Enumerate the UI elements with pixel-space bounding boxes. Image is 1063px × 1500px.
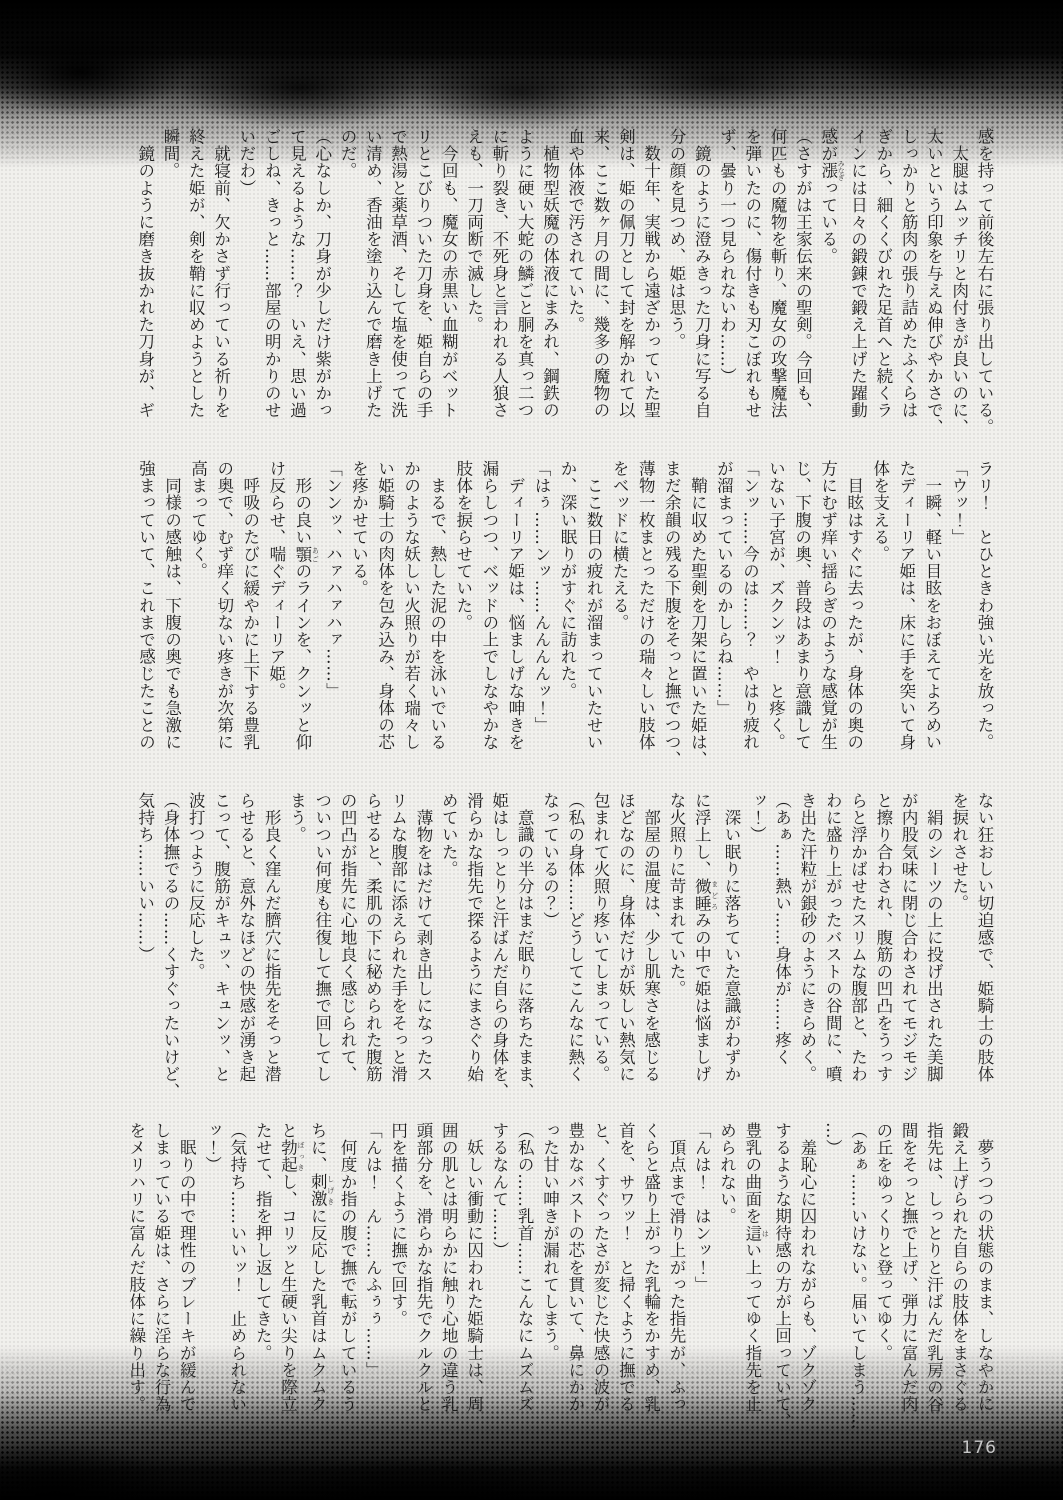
text-column: 感が漲みなぎっている。 — [815, 128, 845, 444]
text-column: 頭部分を、滑らかな指先でクルクルと — [411, 1122, 436, 1438]
text-column: の凹凸が指先に心地良く感じられて、 — [335, 792, 360, 1108]
text-column: ず、曇り一つ見られないわ……） — [714, 128, 739, 444]
text-column: ッ！） — [199, 1122, 224, 1438]
text-column: を捩れさせた。 — [946, 792, 971, 1108]
text-column: （あぁ……いけない。届いてしまう…… — [845, 1122, 870, 1438]
text-band-3: ない狂おしい切迫感で、姫騎士の肢体を捩れさせた。 絹のシーツの上に投げ出された美… — [137, 792, 997, 1108]
text-column: ラリ！ とひときわ強い光を放った。 — [971, 460, 997, 776]
text-column: 数十年、実戦から遠ざかっていた聖 — [638, 128, 663, 444]
text-column: で熱湯と薬草酒、そして塩を使って洗 — [385, 128, 410, 444]
text-column: 瞬間。 — [158, 128, 183, 444]
text-column: 鏡のように澄みきった刀身に写る自 — [689, 128, 714, 444]
text-column: （私の身体……どうしてこんなに熱く — [562, 792, 587, 1108]
text-column: 「はぅ……ンッ……んんんんッ！」 — [528, 460, 554, 776]
text-column: 包まれて火照り疼いてしまっている。 — [588, 792, 613, 1108]
text-column: 血や体液で汚されていた。 — [562, 128, 587, 444]
text-column: まう。 — [284, 792, 309, 1108]
text-column: （私の……乳首……こんなにムズムズ — [512, 1122, 537, 1438]
text-column: リムな腹部に添えられた手をそっと滑 — [385, 792, 410, 1108]
text-column: 姫はしっとりと汗ばんだ自らの身体を、 — [487, 792, 512, 1108]
text-column: 波打つように反応した。 — [183, 792, 208, 1108]
text-column: の奥で、むず痒く切ない疼きが次第に — [211, 460, 237, 776]
text-column: 太いという印象を与えぬ伸びやかさで、 — [921, 128, 946, 444]
text-column: と、くすぐったさが変じた快感の波が — [588, 1122, 613, 1438]
text-column: か、深い眠りがすぐに訪れた。 — [554, 460, 580, 776]
text-column: て見えるような……？ いえ、思い過 — [284, 128, 309, 444]
text-column: な火照りに苛まれていた。 — [664, 792, 689, 1108]
text-column: 豊かなバストの芯を貫いて、鼻にかか — [562, 1122, 587, 1438]
text-column: いない子宮が、ズクンッ！ と疼く。 — [762, 460, 788, 776]
text-column: と擦り合わされ、腹筋の凹凸をうっす — [871, 792, 896, 1108]
text-column: と勃起ぼっきし、コリッと生硬い尖りを際立 — [275, 1122, 305, 1438]
text-column: インには日々の鍛錬で鍛え上げた躍動 — [845, 128, 870, 444]
text-column: められない。 — [714, 1122, 739, 1438]
text-column: 形良く窪んだ臍穴に指先をそっと潜 — [259, 792, 284, 1108]
text-column: 囲の肌とは明らかに触り心地の違う乳 — [436, 1122, 461, 1438]
text-column: ほどなのに、身体だけが妖しい熱気に — [613, 792, 638, 1108]
text-column: らと浮かばせたスリムな腹部と、たわ — [845, 792, 870, 1108]
text-column: じ、下腹の奥、普段はあまり意識して — [789, 460, 815, 776]
text-column: 植物型妖魔の体液にまみれ、鋼鉄の — [537, 128, 562, 444]
text-column: 方にむず痒い揺らぎのような感覚が生 — [815, 460, 841, 776]
text-column: を疼かせている。 — [345, 460, 371, 776]
text-column: リとこびりついた刀身を、姫自らの手 — [411, 128, 436, 444]
text-column: 分の顔を見つめ、姫は思う。 — [664, 128, 689, 444]
text-column: 指先は、しっとりと汗ばんだ乳房の谷 — [921, 1122, 946, 1438]
text-column: 頂点まで滑り上がった指先が、ふっ — [664, 1122, 689, 1438]
text-band-4: 夢うつつの状態のまま、しなやかに鍛え上げられた自らの肢体をまさぐる指先は、しっと… — [137, 1122, 997, 1438]
text-column: （身体撫でるの……くすぐったいけど、 — [158, 792, 183, 1108]
text-column: 首を、サワッ！ と掃くように撫でる — [613, 1122, 638, 1438]
text-column: 間をそっと撫で上げ、弾力に富んだ肉 — [896, 1122, 921, 1438]
text-column: け反らせ、喘ぐディーリア姫。 — [263, 460, 289, 776]
text-column: 肢体を捩らせていた。 — [450, 460, 476, 776]
text-column: わに盛り上がったバストの谷間に、噴 — [820, 792, 845, 1108]
text-column: かのような妖しい火照りが若く瑞々し — [398, 460, 424, 776]
text-column: （あぁ……熱い……身体が……疼く — [769, 792, 794, 1108]
text-column: しっかりと筋肉の張り詰めたふくらは — [896, 128, 921, 444]
text-band-1: 感を持って前後左右に張り出している。 太腿はムッチリと肉付きが良いのに、太いとい… — [137, 128, 997, 444]
text-column: まるで、熱した泥の中を泳いでいる — [424, 460, 450, 776]
text-column: …） — [820, 1122, 845, 1438]
text-column: まだ余韻の残る下腹をそっと撫でつつ、 — [658, 460, 684, 776]
text-column: き出た汗粒が銀砂のようにきらめく。 — [795, 792, 820, 1108]
text-column: 漏らしつつ、ベッドの上でしなやかな — [476, 460, 502, 776]
text-column: めていた。 — [436, 792, 461, 1108]
text-column: を弾いたのに、傷付きも刃こぼれもせ — [740, 128, 765, 444]
text-column: ッ！） — [744, 792, 769, 1108]
text-area: 感を持って前後左右に張り出している。 太腿はムッチリと肉付きが良いのに、太いとい… — [0, 0, 1063, 1500]
text-column: 絹のシーツの上に投げ出された美脚 — [921, 792, 946, 1108]
text-column: 意識の半分はまだ眠りに落ちたまま、 — [512, 792, 537, 1108]
text-column: いだわ） — [234, 128, 259, 444]
text-column: い清め、香油を塗り込んで磨き上げた — [360, 128, 385, 444]
text-column: 来、ここ数ヶ月の間に、幾多の魔物の — [588, 128, 613, 444]
text-column: 体を支える。 — [867, 460, 893, 776]
text-column: 「ンッ……今のは……？ やはり疲れ — [736, 460, 762, 776]
text-column: 羞恥心に囚われながらも、ゾクゾク — [795, 1122, 820, 1438]
text-column: をメリハリに富んだ肢体に繰り出す。 — [123, 1122, 148, 1438]
text-column: ディーリア姫は、悩ましげな呻きを — [502, 460, 528, 776]
text-column: ちに、刺激しげきに反応した乳首はムクムク — [305, 1122, 335, 1438]
text-column: たディーリア姫は、床に手を突いて身 — [893, 460, 919, 776]
text-column: が溜まっているのかしらね……」 — [710, 460, 736, 776]
text-column: 鏡のように磨き抜かれた刀身が、ギ — [132, 128, 157, 444]
text-column: するような期待感の方が上回っていて、 — [769, 1122, 794, 1438]
text-column: 何匹もの魔物を斬り、魔女の攻撃魔法 — [765, 128, 790, 444]
text-column: らせると、柔肌の下に秘められた腹筋 — [360, 792, 385, 1108]
text-column: 「ンンッ、ハァハァハァ……」 — [319, 460, 345, 776]
text-column: くらと盛り上がった乳輪をかすめ、乳 — [638, 1122, 663, 1438]
text-column: が内股気味に閉じ合わされてモジモジ — [896, 792, 921, 1108]
text-column: 何度か指の腹で撫で転がしているう — [335, 1122, 360, 1438]
text-column: なっているの？） — [537, 792, 562, 1108]
text-column: 「ウッ！」 — [945, 460, 971, 776]
text-column: のだ。 — [335, 128, 360, 444]
text-column: い姫騎士の肉体を包み込み、身体の芯 — [372, 460, 398, 776]
text-column: らせると、意外なほどの快感が湧き起 — [234, 792, 259, 1108]
text-column: 太腿はムッチリと肉付きが良いのに、 — [946, 128, 971, 444]
text-column: 今回も、魔女の赤黒い血糊がベット — [436, 128, 461, 444]
text-column: の丘をゆっくりと登ってゆく。 — [871, 1122, 896, 1438]
text-column: 強まっていて、これまで感じたことの — [132, 460, 158, 776]
text-column: 剣は、姫の佩刀として封を解かれて以 — [613, 128, 638, 444]
text-column: 形の良い顎あごのラインを、クンッと仰 — [289, 460, 320, 776]
text-column: に斬り裂き、不死身と言われる人狼さ — [487, 128, 512, 444]
text-column: 妖しい衝動に囚われた姫騎士は、周 — [461, 1122, 486, 1438]
text-column: ように硬い大蛇の鱗ごと胴を真っ二つ — [512, 128, 537, 444]
text-column: 円を描くように撫で回す。 — [385, 1122, 410, 1438]
page-number: 176 — [962, 1438, 997, 1458]
text-column: 豊乳の曲面を這はい上ってゆく指先を止 — [740, 1122, 770, 1438]
text-column: 「んは！ ん……んふぅぅ……」 — [360, 1122, 385, 1438]
text-column: 呼吸のたびに緩やかに上下する豊乳 — [237, 460, 263, 776]
text-column: ついつい何度も往復して撫で回してし — [309, 792, 334, 1108]
text-column: 高まってゆく。 — [185, 460, 211, 776]
text-column: えも、一刀両断で滅した。 — [461, 128, 486, 444]
text-column: 気持ち……いい……） — [132, 792, 157, 1108]
text-column: ここ数日の疲れが溜まっていたせい — [580, 460, 606, 776]
text-column: 一瞬、軽い目眩をおぼえてよろめい — [919, 460, 945, 776]
text-column: 目眩はすぐに去ったが、身体の奥の — [841, 460, 867, 776]
text-column: 深い眠りに落ちていた意識がわずか — [719, 792, 744, 1108]
text-column: 薄物をはだけて剥き出しになったス — [411, 792, 436, 1108]
text-column: 同様の感触は、下腹の奥でも急激に — [159, 460, 185, 776]
text-column: 就寝前、欠かさず行っている祈りを — [208, 128, 233, 444]
text-column: 終えた姫が、剣を鞘に収めようとした — [183, 128, 208, 444]
text-column: 「んは！ はンッ！」 — [689, 1122, 714, 1438]
text-column: （心なしか、刀身が少しだけ紫がかっ — [309, 128, 334, 444]
text-column: 部屋の温度は、少し肌寒さを感じる — [638, 792, 663, 1108]
text-column: 眠りの中で理性のブレーキが緩んで — [174, 1122, 199, 1438]
text-column: 滑らかな指先で探るようにまさぐり始 — [461, 792, 486, 1108]
text-band-2: ラリ！ とひときわ強い光を放った。「ウッ！」 一瞬、軽い目眩をおぼえてよろめいた… — [137, 460, 997, 776]
text-column: った甘い呻きが漏れてしまう。 — [537, 1122, 562, 1438]
text-column: するなんて……） — [487, 1122, 512, 1438]
text-column: をベッドに横たえる。 — [606, 460, 632, 776]
text-column: こって、腹筋がキュッ、キュンッ、と — [208, 792, 233, 1108]
text-column: （さすがは王家伝来の聖剣。今回も、 — [790, 128, 815, 444]
text-column: 鞘に収めた聖剣を刀架に置いた姫は、 — [684, 460, 710, 776]
text-column: 薄物一枚まとっただけの瑞々しい肢体 — [632, 460, 658, 776]
text-column: 感を持って前後左右に張り出している。 — [972, 128, 997, 444]
text-column: ごしね、きっと……部屋の明かりのせ — [259, 128, 284, 444]
text-column: たせて、指を押し返してきた。 — [250, 1122, 275, 1438]
text-column: ない狂おしい切迫感で、姫騎士の肢体 — [972, 792, 997, 1108]
text-column: ぎから、細くくびれた足首へと続くラ — [871, 128, 896, 444]
text-column: （気持ち……いいッ！ 止められない — [225, 1122, 250, 1438]
text-column: に浮上し、微睡まどろみの中で姫は悩ましげ — [689, 792, 719, 1108]
text-column: しまっている姫は、さらに淫らな行為 — [149, 1122, 174, 1438]
text-column: 夢うつつの状態のまま、しなやかに — [972, 1122, 997, 1438]
text-column: 鍛え上げられた自らの肢体をまさぐる — [946, 1122, 971, 1438]
